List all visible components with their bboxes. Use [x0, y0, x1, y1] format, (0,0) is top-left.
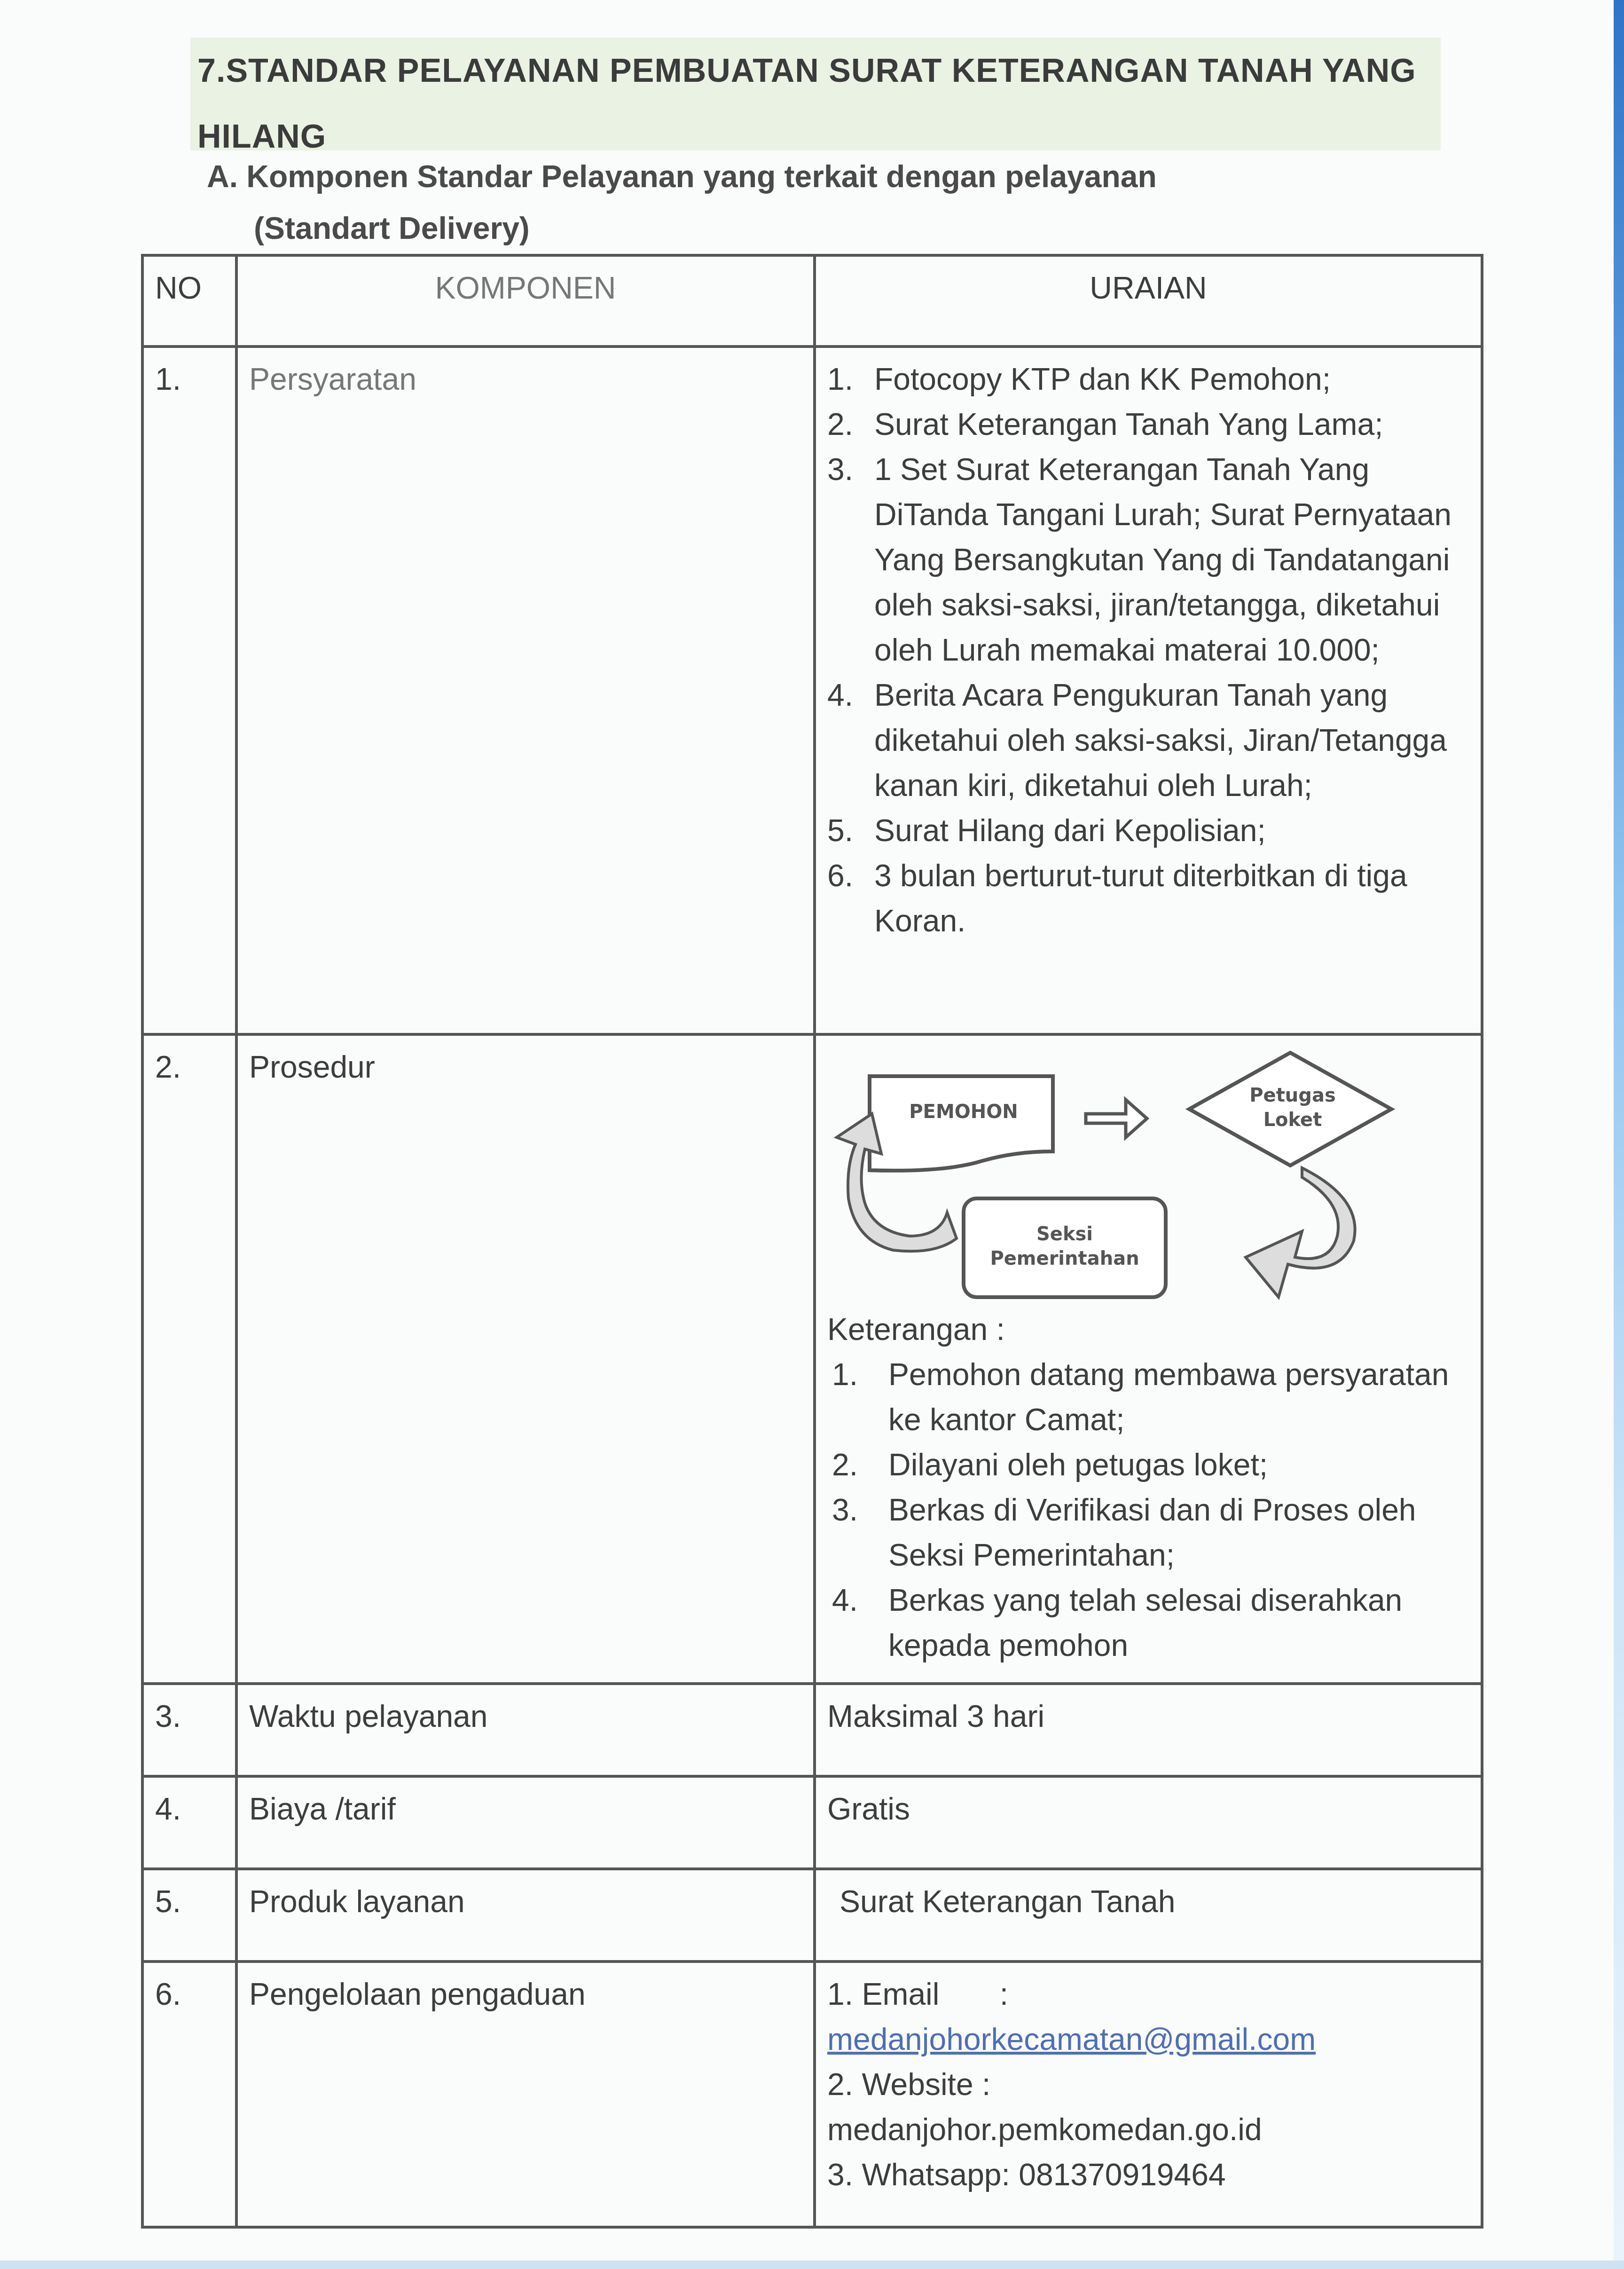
row-no: 2.: [142, 1034, 236, 1684]
procedure-flowchart: PEMOHON PetugasLoket SeksiPemerintahan: [827, 1043, 1476, 1307]
flow-node-counter: PetugasLoket: [1241, 1083, 1344, 1132]
table-row: 4. Biaya /tarif Gratis: [142, 1776, 1482, 1869]
table-row: 1. Persyaratan 1.Fotocopy KTP dan KK Pem…: [142, 347, 1482, 1035]
section-subtitle: (Standart Delivery): [207, 202, 1429, 254]
list-item: 1.Fotocopy KTP dan KK Pemohon;: [827, 356, 1469, 402]
service-standard-table: NO KOMPONEN URAIAN 1. Persyaratan 1.Foto…: [141, 254, 1483, 2229]
list-item: 5.Surat Hilang dari Kepolisian;: [827, 808, 1469, 853]
procedure-notes-list: 1.Pemohon datang membawa persyaratan ke …: [827, 1352, 1469, 1668]
row-no: 6.: [142, 1962, 236, 2227]
flow-node-applicant: PEMOHON: [888, 1100, 1039, 1124]
header-komponen: KOMPONEN: [236, 255, 815, 347]
list-item: 6.3 bulan berturut-turut diterbitkan di …: [827, 853, 1469, 943]
email-label: 1. Email :: [827, 1971, 1469, 2017]
row-komponen: Persyaratan: [236, 347, 815, 1035]
email-link[interactable]: medanjohorkecamatan@gmail.com: [827, 2022, 1316, 2056]
header-uraian: URAIAN: [815, 255, 1482, 347]
section-title: Komponen Standar Pelayanan yang terkait …: [246, 159, 1157, 194]
row-komponen: Pengelolaan pengaduan: [236, 1962, 815, 2227]
whatsapp-value: 3. Whatsapp: 081370919464: [827, 2152, 1469, 2197]
list-item: 3.1 Set Surat Keterangan Tanah Yang DiTa…: [827, 447, 1469, 672]
page-title: 7.STANDAR PELAYANAN PEMBUATAN SURAT KETE…: [197, 38, 1438, 169]
website-value: medanjohor.pemkomedan.go.id: [827, 2107, 1469, 2152]
row-komponen: Biaya /tarif: [236, 1776, 815, 1869]
page-bottom-edge: [0, 2261, 1624, 2269]
list-item: 4.Berita Acara Pengukuran Tanah yang dik…: [827, 672, 1469, 808]
table-row: 2. Prosedur PEMOHON PetugasLoket SeksiPe…: [142, 1034, 1482, 1684]
row-uraian: Gratis: [815, 1776, 1482, 1869]
page-edge-strip: [1614, 0, 1624, 2269]
website-label: 2. Website :: [827, 2062, 1469, 2107]
list-item: 1.Pemohon datang membawa persyaratan ke …: [827, 1352, 1469, 1442]
table-row: 5. Produk layanan Surat Keterangan Tanah: [142, 1869, 1482, 1962]
section-prefix: A.: [207, 159, 238, 194]
row-uraian: Surat Keterangan Tanah: [815, 1869, 1482, 1962]
section-heading: A. Komponen Standar Pelayanan yang terka…: [207, 150, 1429, 254]
row-uraian: PEMOHON PetugasLoket SeksiPemerintahan K…: [815, 1034, 1482, 1684]
row-no: 3.: [142, 1684, 236, 1776]
row-no: 4.: [142, 1776, 236, 1869]
header-no: NO: [142, 255, 236, 347]
row-komponen: Produk layanan: [236, 1869, 815, 1962]
table-header-row: NO KOMPONEN URAIAN: [142, 255, 1482, 347]
table-row: 6. Pengelolaan pengaduan 1. Email : meda…: [142, 1962, 1482, 2227]
row-uraian: 1.Fotocopy KTP dan KK Pemohon; 2.Surat K…: [815, 347, 1482, 1035]
row-komponen: Prosedur: [236, 1034, 815, 1684]
row-komponen: Waktu pelayanan: [236, 1684, 815, 1776]
list-item: 2.Dilayani oleh petugas loket;: [827, 1442, 1469, 1487]
table-row: 3. Waktu pelayanan Maksimal 3 hari: [142, 1684, 1482, 1776]
list-item: 3.Berkas di Verifikasi dan di Proses ole…: [827, 1487, 1469, 1577]
row-uraian: 1. Email : medanjohorkecamatan@gmail.com…: [815, 1962, 1482, 2227]
list-item: 2.Surat Keterangan Tanah Yang Lama;: [827, 402, 1469, 447]
row-no: 5.: [142, 1869, 236, 1962]
flow-node-section: SeksiPemerintahan: [964, 1222, 1166, 1271]
notes-label: Keterangan :: [827, 1307, 1469, 1352]
row-no: 1.: [142, 347, 236, 1035]
row-uraian: Maksimal 3 hari: [815, 1684, 1482, 1776]
list-item: 4.Berkas yang telah selesai diserahkan k…: [827, 1577, 1469, 1668]
requirements-list: 1.Fotocopy KTP dan KK Pemohon; 2.Surat K…: [827, 356, 1469, 943]
